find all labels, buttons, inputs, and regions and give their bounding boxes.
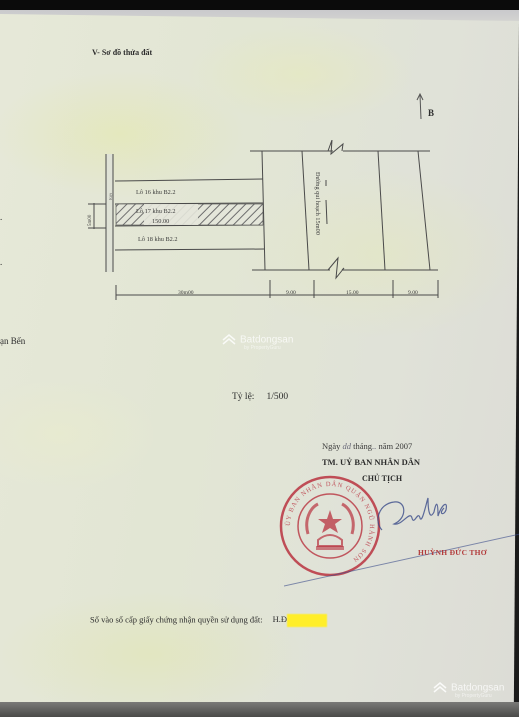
signature-stroke — [284, 528, 519, 588]
batdongsan-logo-icon — [433, 682, 447, 694]
section-title: V- Sơ đồ thửa đất — [92, 48, 152, 57]
photo-bottom-border — [0, 702, 519, 717]
cut-text-fragment: ạn Bến — [0, 336, 25, 346]
signing-date: Ngày dd tháng.. năm 2007 — [322, 441, 412, 451]
scale-value: 1/500 — [266, 392, 288, 402]
registration-label: Số vào sổ cấp giấy chứng nhận quyền sử d… — [90, 614, 263, 624]
date-month: .. — [372, 441, 376, 451]
scale-line: Tỷ lệ:1/500 — [232, 392, 288, 402]
redaction-highlight — [287, 614, 327, 627]
scale-label: Tỷ lệ: — [232, 392, 254, 402]
date-day: dd — [343, 441, 352, 451]
lot-18-label: Lô 18 khu B2.2 — [138, 236, 178, 243]
parcel-diagram: Lô 16 khu B2.2 Lô 17 khu B2.2 150.00 Lô … — [80, 140, 450, 305]
lot-17-label: Lô 17 khu B2.2 — [136, 208, 176, 215]
alley-label: Kiệt — [108, 192, 113, 200]
dimension-9m-right: 9.00 — [408, 290, 418, 296]
lot-17-area: 150.00 — [152, 218, 169, 225]
dimension-9m-left: 9.00 — [286, 290, 296, 296]
lot-width-label: 5m00 — [88, 214, 93, 226]
dimension-15m: 15.00 — [346, 290, 359, 296]
certificate-page — [0, 14, 519, 709]
signer-name: HUỲNH ĐỨC THƠ — [418, 548, 487, 557]
registration-line: Số vào sổ cấp giấy chứng nhận quyền sử d… — [90, 614, 327, 627]
registration-code: H.Đ — [273, 614, 287, 624]
north-label: B — [428, 108, 434, 118]
lot-16-label: Lô 16 khu B2.2 — [136, 189, 176, 196]
dimension-30m: 30m00 — [178, 290, 194, 296]
batdongsan-logo-icon — [222, 334, 236, 346]
cut-text-fragment: . — [0, 212, 2, 222]
cut-text-fragment: . — [0, 257, 2, 267]
issuing-organization: TM. UỶ BAN NHÂN DÂN — [322, 457, 420, 467]
photo-top-border — [0, 0, 519, 10]
north-arrow-icon — [416, 92, 426, 120]
watermark-corner: Batdongsan by PropertyGuru — [433, 682, 504, 699]
watermark: Batdongsan by PropertyGuru — [222, 334, 293, 351]
road-label: Đường qui hoạch 15m00 — [314, 172, 321, 235]
